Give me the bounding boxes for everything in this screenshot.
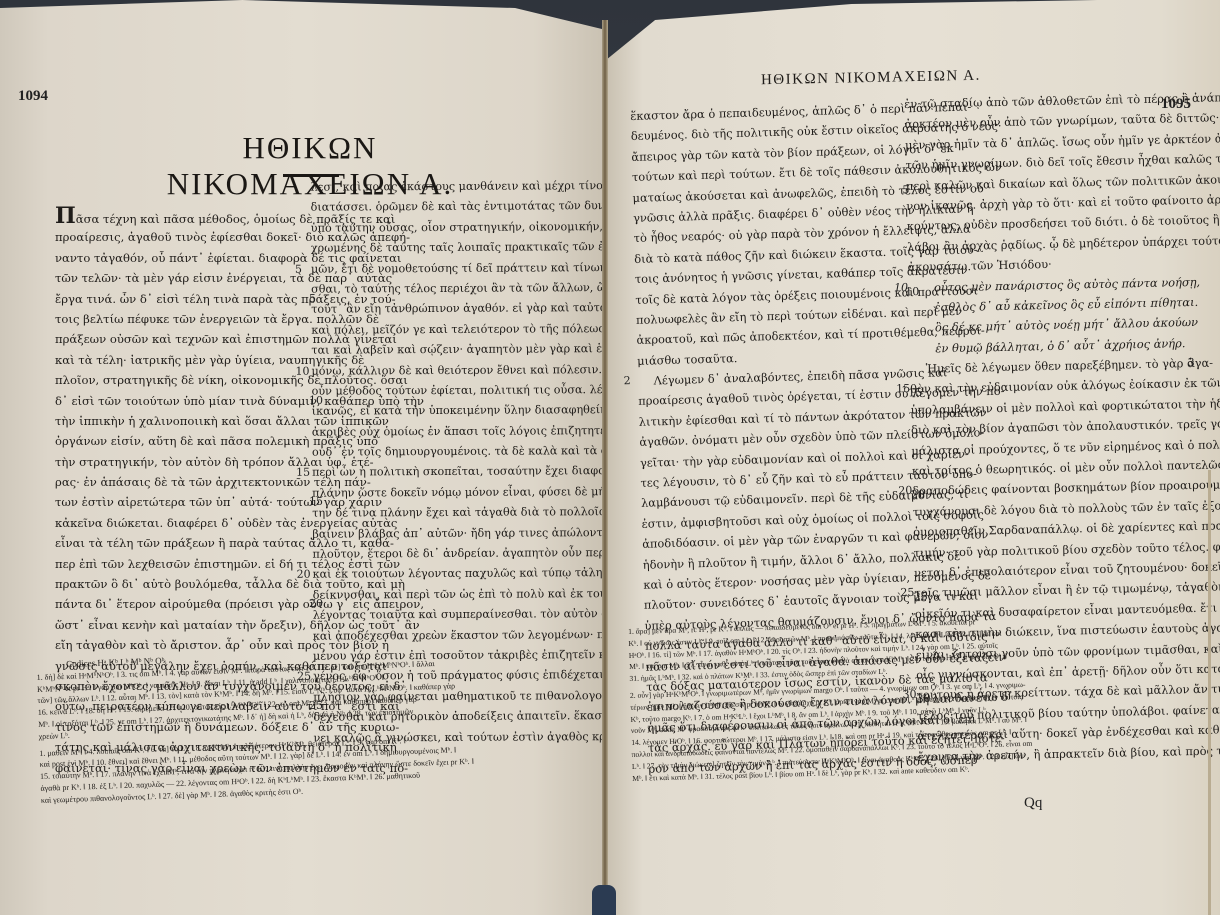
critical-apparatus-left: Codices Hᵃ Kᵇ Lᵇ Mᵇ Nᵇ Oᵇ. 1. δὴ] δὲ καὶ…	[36, 641, 581, 806]
critical-apparatus-right: 1. ἄρα] μὲν ἄρα Mᵇ, rc Hᵃ, pr Kᵇ. ‖ ἁπλῶ…	[628, 610, 1202, 784]
line-number: 15	[296, 463, 310, 483]
text-line: οὖν μέθοδος τούτων ἐφίεται, πολιτική τις…	[312, 380, 567, 402]
text-line: μόνῳ, κάλλιον δὲ καὶ θειότερον ἔθνει καὶ…	[311, 360, 566, 382]
text-line: ὥστ᾽ εἶναι κενὴν καὶ ματαίαν τὴν ὄρεξιν)…	[55, 615, 310, 635]
text-line: πρακτῶν ὃ δι᾽ αὑτὸ βουλόμεθα, τἆλλα δὲ δ…	[55, 574, 310, 594]
text-line: λεσι, καὶ ποίας ἑκάστους μανθάνειν καὶ μ…	[311, 176, 566, 198]
signature-mark: Qq	[1024, 795, 1042, 812]
text-line: μῶν, ἔτι δὲ νομοθετούσης τί δεῖ πράττειν…	[311, 258, 566, 280]
text-line: περ ἐπὶ τῶν λεχθεισῶν ἐπιστημῶν. εἰ δή τ…	[55, 554, 310, 574]
text-line: ὑπὸ ταύτην οὔσας, οἷον στρατηγικήν, οἰκο…	[311, 217, 566, 239]
text-line: ἔργα τινά. ὧν δ᾽ εἰσὶ τέλη τινὰ παρὰ τὰς…	[55, 289, 310, 309]
text-line: ἱκανῶς, εἰ κατὰ τὴν ὑποκειμένην ὕλην δια…	[312, 401, 567, 423]
text-line: βαίνειν βλάβας ἀπ᾽ αὐτῶν· ἤδη γάρ τινες …	[312, 523, 567, 545]
spine-ribbon	[592, 885, 616, 915]
text-line: την δέ τινα πλάνην ἔχει καὶ τἀγαθὰ διὰ τ…	[312, 503, 567, 525]
text-line: οὐδ᾽ ἐν τοῖς δημιουργουμένοις. τὰ δὲ καλ…	[312, 441, 567, 463]
text-line: πράξεων οὐσῶν καὶ τεχνῶν καὶ ἐπιστημῶν π…	[55, 329, 310, 349]
text-line: εἶναι τὰ τέλη τῶν πράξεων ἢ παρὰ ταύτας …	[55, 533, 310, 553]
page-edge	[1208, 470, 1211, 915]
right-page: ΗΘΙΚΩΝ ΝΙΚΟΜΑΧΕΙΩΝ Α. 1095 ἕκαστον ἄρα ὁ…	[606, 0, 1220, 915]
line-number: 20	[297, 565, 311, 585]
line-number: 20	[898, 481, 912, 502]
text-line: Πᾶσα τέχνη καὶ πᾶσα μέθοδος, ὁμοίως δὲ π…	[55, 207, 310, 227]
text-line: ναντο τἀγαθόν, οὗ πάντ᾽ ἐφίεται. διαφορὰ…	[55, 248, 310, 268]
text-line: χρωμένης δὲ ταύτης ταῖς λοιπαῖς πρακτικα…	[311, 238, 566, 260]
text-line: τοῦτ᾽ ἂν εἴη τἀνθρώπινον ἀγαθόν. εἰ γὰρ …	[311, 299, 566, 321]
text-line: τὴν ἱππικὴν ἡ χαλινοποιικὴ καὶ ὅσαι ἄλλα…	[55, 411, 310, 431]
text-line: καὶ τὰ τέλη· ἰατρικῆς μὲν γὰρ ὑγίεια, να…	[55, 350, 310, 370]
text-line: τοις βελτίω πέφυκε τῶν ἐνεργειῶν τὰ ἔργα…	[55, 309, 310, 329]
text-line: καὶ πόλει, μεῖζόν γε καὶ τελειότερον τὸ …	[311, 319, 566, 341]
text-line: πάντα δι᾽ ἕτερον αἱρούμεθα (πρόεισι γὰρ …	[55, 594, 310, 614]
book-gutter	[602, 20, 608, 915]
open-book: 1094 ΗΘΙΚΩΝ ΝΙΚΟΜΑΧΕΙΩΝ Α. Πᾶσα τέχνη κα…	[0, 0, 1220, 915]
text-line: των ἐστὶν αἱρετώτερα τῶν ὑπ᾽ αὐτά· τούτω…	[55, 492, 310, 512]
title-rule	[283, 174, 339, 177]
text-line: πλοῖον, στρατηγικῆς δὲ νίκη, οἰκονομικῆς…	[55, 370, 310, 390]
section-number: 3	[1187, 353, 1194, 374]
text-line: πλάνην ὥστε δοκεῖν νόμῳ μόνον εἶναι, φύσ…	[312, 482, 567, 504]
text-line: διατάσσει. ὁρῶμεν δὲ καὶ τὰς ἐντιμοτάτας…	[311, 197, 566, 219]
running-head: ΗΘΙΚΩΝ ΝΙΚΟΜΑΧΕΙΩΝ Α.	[761, 68, 981, 90]
text-line: τὴν στρατηγικήν, τὸν αὐτὸν δὴ τρόπον ἄλλ…	[55, 452, 310, 472]
left-page: 1094 ΗΘΙΚΩΝ ΝΙΚΟΜΑΧΕΙΩΝ Α. Πᾶσα τέχνη κα…	[0, 0, 606, 915]
text-line: πλοῦτον, ἕτεροι δὲ δι᾽ ἀνδρείαν. ἀγαπητὸ…	[312, 543, 567, 565]
page-number-left: 1094	[18, 88, 48, 105]
text-line: ται καὶ λαβεῖν καὶ σῴζειν· ἀγαπητὸν μὲν …	[311, 339, 566, 361]
line-number: 10	[894, 277, 908, 298]
section-number: 2	[623, 371, 631, 392]
line-number: 5	[295, 259, 302, 279]
text-line: ἀκριβὲς οὐχ ὁμοίως ἐν ἅπασι τοῖς λόγοις …	[312, 421, 567, 443]
text-line: ρας· ἐν ἁπάσαις δὲ τὰ τῶν ἀρχιτεκτονικῶν…	[55, 472, 310, 492]
text-line: ὀργάνων εἰσίν, αὕτη δὲ καὶ πᾶσα πολεμικὴ…	[55, 431, 310, 451]
text-line: καὶ ἐκ τοιούτων λέγοντας παχυλῶς καὶ τύπ…	[313, 564, 568, 586]
text-line: προαίρεσις, ἀγαθοῦ τινὸς ἐφίεσθαι δοκεῖ·…	[55, 227, 310, 247]
text-line: δείκνυσθαι, καὶ περὶ τῶν ὡς ἐπὶ τὸ πολὺ …	[313, 584, 568, 606]
text-line: τῶν τελῶν· τὰ μὲν γάρ εἰσιν ἐνέργειαι, τ…	[55, 268, 310, 288]
line-number: 15	[896, 379, 910, 400]
text-line: δ᾽ εἰσὶ τῶν τοιούτων ὑπὸ μίαν τινὰ δύναμ…	[55, 391, 310, 411]
line-number: 25	[900, 583, 914, 604]
line-number: 10	[295, 361, 309, 381]
text-line: σθαι, τὸ ταύτης τέλος περιέχοι ἂν τὰ τῶν…	[311, 278, 566, 300]
text-line: περὶ ὧν ἡ πολιτικὴ σκοπεῖται, τοσαύτην ἔ…	[312, 462, 567, 484]
text-line: κἀκεῖνα διώκεται. διαφέρει δ᾽ οὐδὲν τὰς …	[55, 513, 310, 533]
text-line: λέγοντας τοιαῦτα καὶ συμπεραίνεσθαι. τὸν…	[313, 605, 568, 627]
drop-initial: Π	[55, 203, 76, 229]
